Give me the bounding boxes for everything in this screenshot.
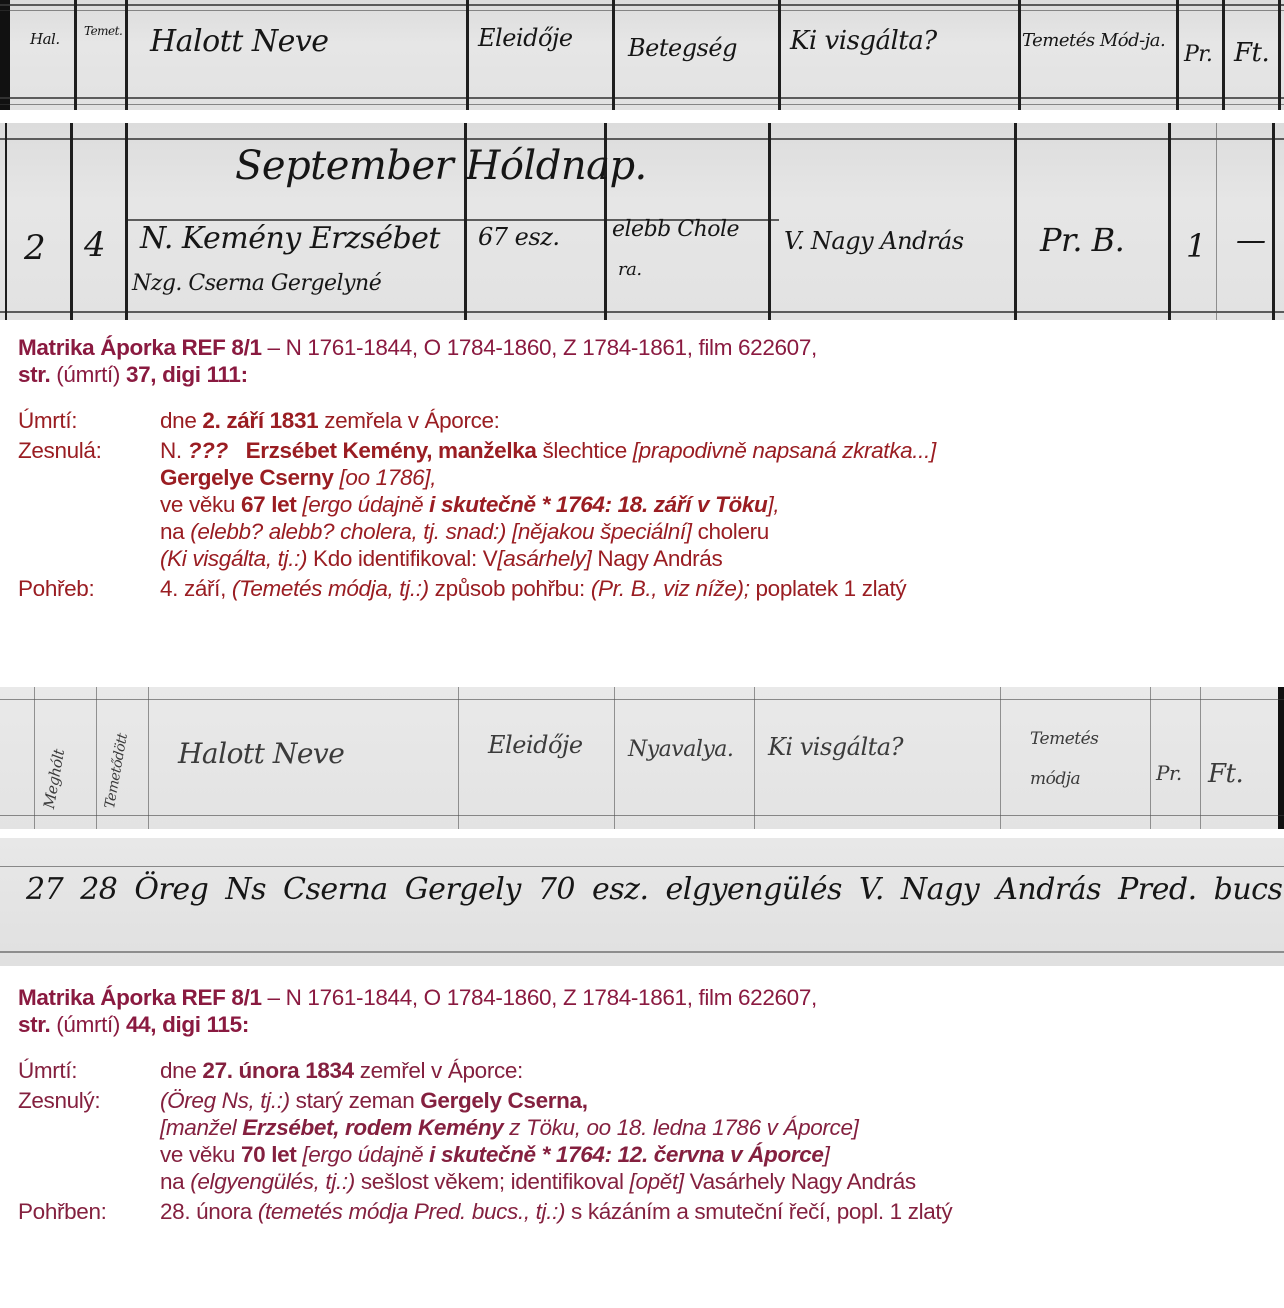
cause-of-death: choleru	[692, 519, 769, 544]
deceased-label: Zesnulý:	[18, 1087, 100, 1114]
death-label: Úmrtí:	[18, 407, 77, 434]
col-header-burial-mode: Temetés Mód-ja.	[1022, 26, 1172, 56]
entry-burial-mode: Pr. B.	[1040, 221, 1124, 259]
entry-examiner: V. Nagy András	[784, 227, 964, 255]
page-number: 37, digi 111:	[126, 362, 248, 387]
death-date: 2. září 1831	[202, 408, 318, 433]
source-details: – N 1761-1844, O 1784-1860, Z 1784-1861,…	[262, 985, 817, 1010]
col-header-illness: Betegség	[628, 34, 737, 62]
col-header-burial-mode: Temetés módja	[1030, 719, 1150, 799]
death-label: Úmrtí:	[18, 1057, 77, 1084]
deceased-name: Erzsébet Kemény, manželka	[228, 438, 537, 463]
register-scan-header-1834: Meghólt Temetődött Halott Neve Eleidője …	[0, 687, 1284, 829]
burial-label: Pohřeb:	[18, 575, 94, 602]
death-row: Úmrtí: dne 2. září 1831 zemřela v Áporce…	[18, 407, 1278, 434]
page-number: 44, digi 115:	[126, 1012, 249, 1037]
col-header-died: Meghólt	[40, 748, 68, 810]
source-register: Matrika Áporka REF 8/1	[18, 335, 262, 360]
burial-label: Pohřben:	[18, 1198, 107, 1225]
burial-fee: poplatek 1 zlatý	[750, 576, 907, 601]
col-header-illness: Nyavalya.	[628, 737, 733, 762]
record-source-header: Matrika Áporka REF 8/1 – N 1761-1844, O …	[18, 984, 1278, 1038]
entry-age: 67 esz.	[478, 223, 559, 251]
page-label: str.	[18, 1012, 50, 1037]
age: 70 let	[241, 1142, 296, 1167]
birth-note: i skutečně * 1764: 18. září v Töku	[429, 492, 767, 517]
entry-illness-line1: elebb Chole	[612, 217, 739, 242]
burial-fee: s kázáním a smuteční řečí, popl. 1 zlatý	[565, 1199, 952, 1224]
burial-row: Pohřeb: 4. září, (Temetés módja, tj.:) z…	[18, 575, 1278, 602]
deceased-row: Zesnulá: N. ??? Erzsébet Kemény, manželk…	[18, 437, 1278, 572]
burial-date: 28. února	[160, 1199, 258, 1224]
entry-name-line2: Nzg. Cserna Gergelyné	[132, 271, 381, 296]
col-header-name: Halott Neve	[178, 737, 344, 770]
birth-note: i skutečně * 1764: 12. června v Áporce	[429, 1142, 823, 1167]
register-scan-entry-1834: 27 28 Öreg Ns Cserna Gergely 70 esz. elg…	[0, 838, 1284, 966]
page-type: (úmrtí)	[50, 1012, 126, 1037]
page-type: (úmrtí)	[50, 362, 126, 387]
spouse-name: Gergelye Cserny	[160, 465, 334, 490]
col-header-died: Hal.	[30, 30, 60, 48]
scan-edge	[0, 0, 10, 110]
col-header-ft: Ft.	[1234, 38, 1269, 68]
death-date: 27. února 1834	[202, 1058, 353, 1083]
entry-dash: —	[1236, 223, 1266, 258]
register-scan-header-1831: Hal. Temet. Halott Neve Eleidője Betegsé…	[0, 0, 1284, 110]
spouse-name: Erzsébet, rodem Kemény	[242, 1115, 503, 1140]
deceased-name: Gergely Cserna,	[420, 1088, 587, 1113]
entry-death-day: 2	[24, 228, 45, 268]
col-header-pr: Pr.	[1156, 761, 1182, 785]
month-heading: September Hóldnap.	[235, 143, 647, 189]
examiner-name: Vasárhely Nagy András	[684, 1169, 916, 1194]
col-header-examiner: Ki visgálta?	[790, 26, 937, 56]
burial-date: 4. září,	[160, 576, 232, 601]
col-header-buried: Temetődött	[102, 732, 131, 809]
col-header-pr: Pr.	[1184, 42, 1212, 67]
entry-illness-line2: ra.	[618, 259, 642, 280]
col-header-age: Eleidője	[488, 731, 583, 759]
burial-row: Pohřben: 28. února (temetés módja Pred. …	[18, 1198, 1278, 1225]
source-register: Matrika Áporka REF 8/1	[18, 985, 262, 1010]
examiner-name: Nagy András	[591, 546, 722, 571]
cause-of-death: sešlost věkem; identifikoval	[355, 1169, 630, 1194]
transcription-record-1831: Matrika Áporka REF 8/1 – N 1761-1844, O …	[18, 334, 1278, 605]
entry-burial-day: 4	[84, 225, 105, 265]
deceased-label: Zesnulá:	[18, 437, 102, 464]
entry-fee: 1	[1186, 227, 1206, 265]
col-header-examiner: Ki visgálta?	[768, 733, 903, 761]
col-header-age: Eleidője	[478, 24, 573, 52]
col-header-name: Halott Neve	[150, 24, 329, 59]
transcription-record-1834: Matrika Áporka REF 8/1 – N 1761-1844, O …	[18, 984, 1278, 1228]
col-header-buried: Temet.	[84, 24, 122, 38]
age: 67 let	[241, 492, 296, 517]
source-details: – N 1761-1844, O 1784-1860, Z 1784-1861,…	[262, 335, 817, 360]
entry-name-line1: N. Kemény Erzsébet	[140, 221, 440, 256]
record-source-header: Matrika Áporka REF 8/1 – N 1761-1844, O …	[18, 334, 1278, 388]
page-label: str.	[18, 362, 50, 387]
entry-line: 27 28 Öreg Ns Cserna Gergely 70 esz. elg…	[26, 872, 1284, 907]
death-row: Úmrtí: dne 27. února 1834 zemřel v Áporc…	[18, 1057, 1278, 1084]
deceased-row: Zesnulý: (Öreg Ns, tj.:) starý zeman Ger…	[18, 1087, 1278, 1195]
register-scan-entry-1831: September Hóldnap. 2 4 N. Kemény Erzsébe…	[0, 123, 1284, 320]
col-header-ft: Ft.	[1208, 759, 1243, 789]
